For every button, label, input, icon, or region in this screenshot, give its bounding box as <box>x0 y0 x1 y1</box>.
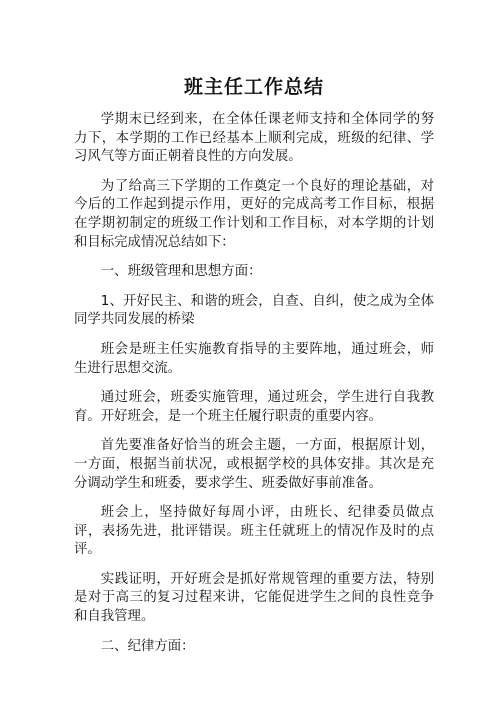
paragraph-purpose: 为了给高三下学期的工作奠定一个良好的理论基础，对今后的工作起到提示作用，更好的完… <box>74 178 434 252</box>
paragraph: 首先要准备好恰当的班会主题，一方面，根据原计划，一方面，根据当前状况，或根据学校… <box>74 437 434 493</box>
paragraph: 实践证明，开好班会是抓好常规管理的重要方法，特别是对于高三的复习过程来讲，它能促… <box>74 571 434 627</box>
paragraph: 通过班会，班委实施管理，通过班会，学生进行自我教育。开好班会，是一个班主任履行职… <box>74 389 434 426</box>
paragraph: 班会是班主任实施教育指导的主要阵地，通过班会，师生进行思想交流。 <box>74 341 434 378</box>
section-heading-discipline: 二、纪律方面： <box>74 638 434 657</box>
paragraph-intro: 学期末已经到来，在全体任课老师支持和全体同学的努力下，本学期的工作已经基本上顺利… <box>74 111 434 167</box>
document-title: 班主任工作总结 <box>74 75 434 99</box>
paragraph: 班会上，坚持做好每周小评，由班长、纪律委员做点评，表扬先进，批评错误。班主任就班… <box>74 504 434 560</box>
subsection-heading-class-meeting: 1、开好民主、和谐的班会，自查、自纠，使之成为全体同学共同发展的桥梁 <box>74 293 434 330</box>
section-heading-class-management: 一、班级管理和思想方面： <box>74 263 434 282</box>
document-page: 班主任工作总结 学期末已经到来，在全体任课老师支持和全体同学的努力下，本学期的工… <box>74 70 434 667</box>
